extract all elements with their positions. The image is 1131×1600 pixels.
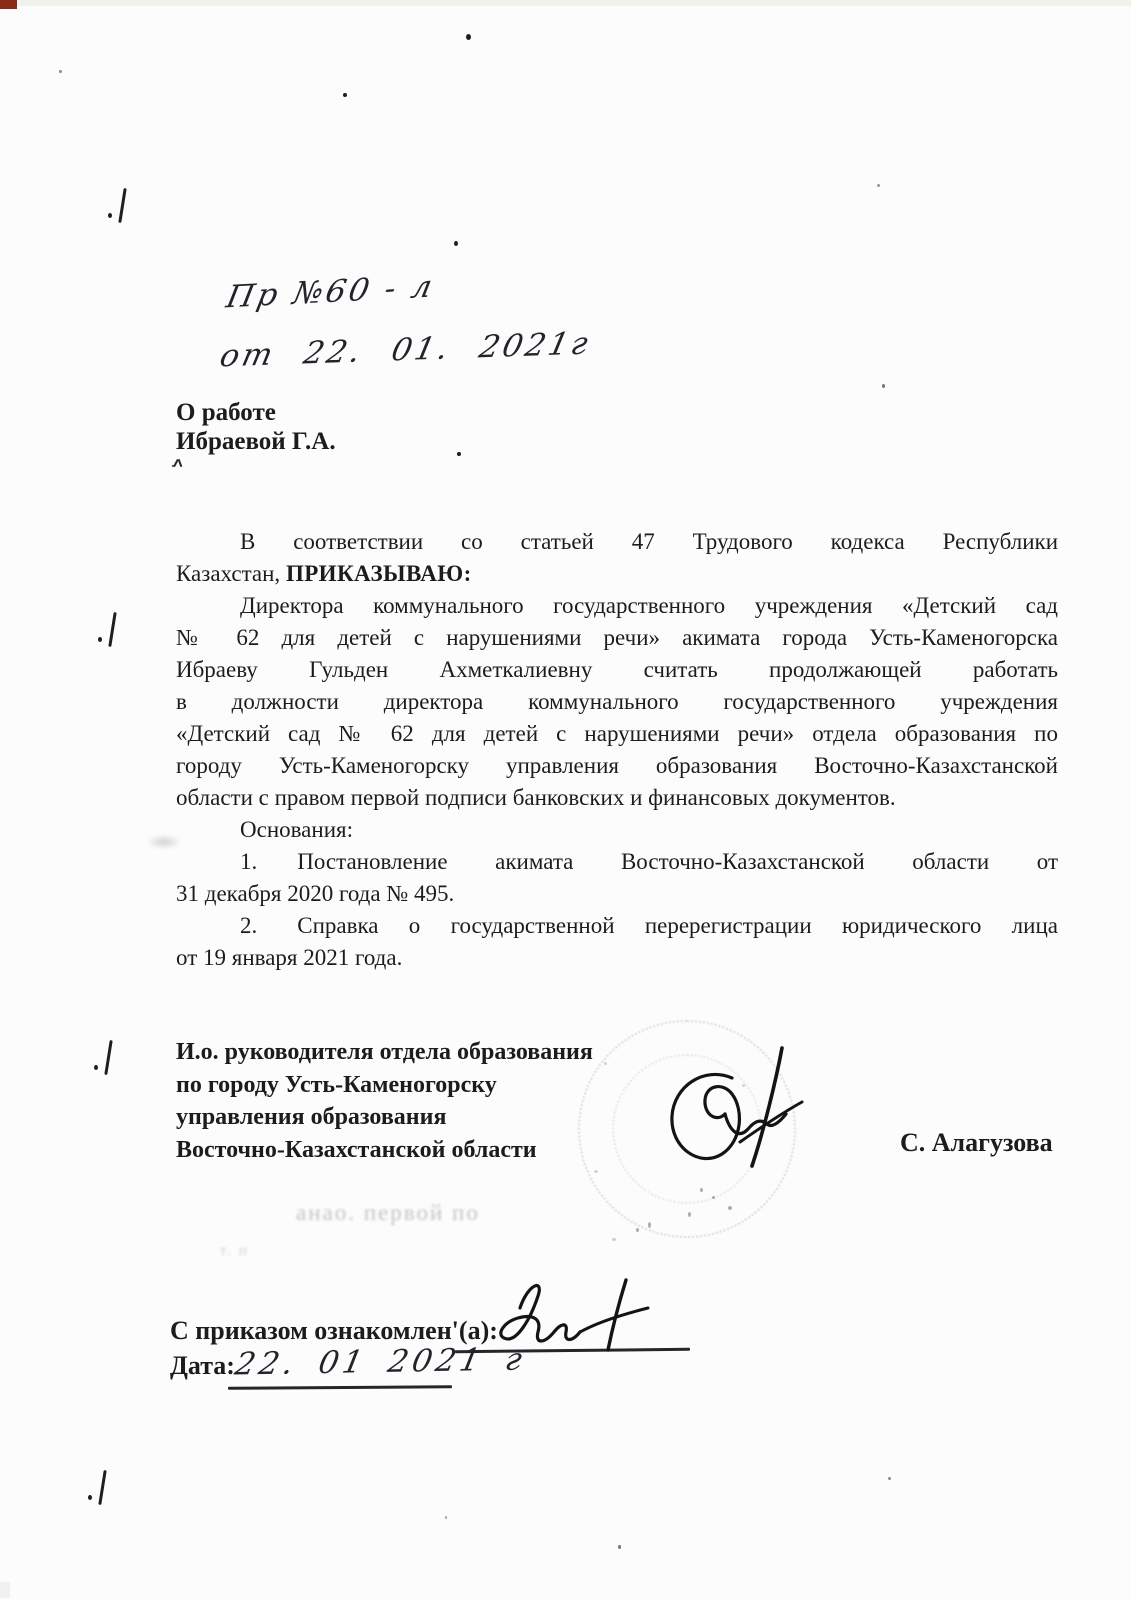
grounds-label: Основания: [176,814,1058,846]
body-line: Директора коммунального государственного… [176,590,1058,622]
date-line [228,1385,452,1390]
scan-dot [457,452,461,456]
scan-bottom-artifact [0,1582,10,1598]
date-label: Дата: [170,1351,235,1381]
intro-tail-text: Казахстан, [176,561,286,586]
ground-1-text: Постановление акимата Восточно-Казахстан… [297,849,1058,874]
intro-line: В соответствии со статьей 47 Трудового к… [176,526,1058,558]
scan-dot [882,384,885,388]
acknowledgment-label: С приказом ознакомлен'(а): [170,1316,498,1346]
order-text: В соответствии со статьей 47 Трудового к… [176,526,1058,974]
body-line: городу Усть-Каменогорску управления обра… [176,750,1058,782]
handwritten-order-date: от 22. 01. 2021г [217,326,594,375]
signer-title-line: по городу Усть-Каменогорску [176,1069,593,1102]
body-line: в должности директора коммунального госу… [176,686,1058,718]
scanned-order-document: Пр №60 - л от 22. 01. 2021г О работе Ибр… [0,0,1131,1600]
ground-2-line-1: 2.Справка о государственной перерегистра… [176,910,1058,942]
stamp-speckle [728,1206,732,1210]
body-line: № 62 для детей с нарушениями речи» акима… [176,622,1058,654]
signer-title-line: Восточно-Казахстанской области [176,1134,593,1167]
pen-margin-mark [96,612,122,654]
stamp-speckle [604,1062,607,1065]
scan-dot [618,1545,621,1549]
ground-1-number: 1. [240,849,257,874]
pen-margin-mark [92,1040,118,1082]
signer-title-block: И.о. руководителя отдела образования по … [176,1036,593,1166]
ground-2-line-2: от 19 января 2021 года. [176,942,1058,974]
ground-1-line-1: 1.Постановление акимата Восточно-Казахст… [176,846,1058,878]
scan-dot [343,93,347,97]
subject-block: О работе Ибраевой Г.А. [176,398,336,456]
ground-2-text: Справка о государственной перерегистраци… [297,913,1058,938]
pen-margin-mark [106,188,132,230]
stamp-speckle [688,1212,691,1217]
ghost-bleed-text: анао. первой по [296,1200,480,1226]
signer-title-line: И.о. руководителя отдела образования [176,1036,593,1069]
scan-edge-strip [0,0,1131,6]
subject-line-2: Ибраевой Г.А. [176,427,336,456]
scan-dot [466,34,471,40]
stamp-speckle [648,1222,651,1228]
handwritten-order-number: Пр №60 - л [223,269,438,316]
scan-dot [888,1477,891,1480]
signature-alaguzova [640,1040,815,1175]
body-line: области с правом первой подписи банковск… [176,782,1058,814]
stamp-speckle [594,1170,598,1173]
intro-line-2: Казахстан, ПРИКАЗЫВАЮ: [176,558,1058,590]
body-line: «Детский сад № 62 для детей с нарушениям… [176,718,1058,750]
scan-dot [59,70,62,73]
scan-smudge [146,834,182,850]
scan-dot [877,184,880,187]
handwritten-ack-date: 22. 01 2021 г [232,1341,529,1382]
stamp-speckle [636,1228,639,1232]
pen-caret-mark [172,459,184,469]
scan-dot [445,1516,447,1519]
ground-2-number: 2. [240,913,257,938]
stamp-speckle [712,1196,715,1199]
stamp-speckle [700,1188,703,1192]
signer-title-line: управления образования [176,1101,593,1134]
body-line: Ибраеву Гульден Ахметкалиевну считать пр… [176,654,1058,686]
stamp-speckle [612,1238,616,1241]
pen-margin-mark [86,1470,112,1512]
scan-dot [454,241,458,246]
ground-1-line-2: 31 декабря 2020 года № 495. [176,878,1058,910]
scan-corner-artifact [0,0,17,9]
ghost-bleed-text: т. п [220,1243,249,1260]
prikazyvayu-word: ПРИКАЗЫВАЮ: [286,561,472,586]
subject-line-1: О работе [176,398,336,427]
signer-name: С. Алагузова [900,1128,1053,1158]
